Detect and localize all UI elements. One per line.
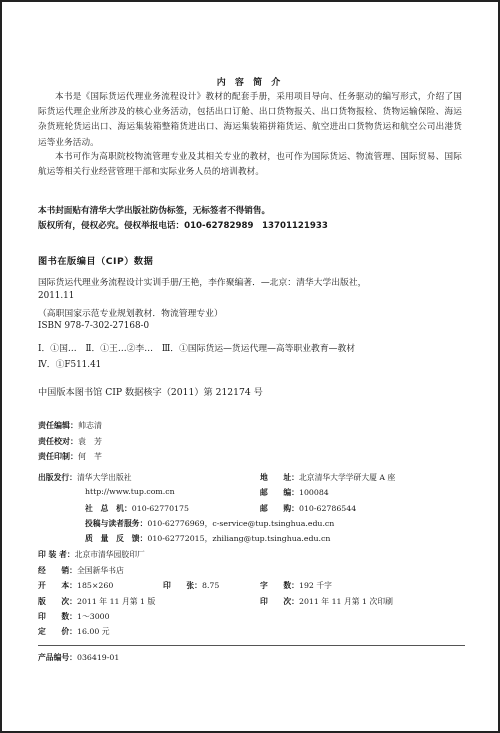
cip-line-classification: Ⅰ．①国… Ⅱ．①王…②李… Ⅲ．①国际货运—货运代理—高等职业教育—教材 <box>38 341 355 354</box>
printer-row: 印 装 者：北京市清华园胶印厂 <box>38 549 145 560</box>
postcode-label: 邮 编： <box>260 487 299 498</box>
address-label: 地 址： <box>260 472 299 483</box>
word-count-row: 字 数：192 千字 <box>260 580 332 591</box>
staff-proofreader-label: 责任校对： <box>38 437 78 446</box>
printer-value: 北京市清华园胶印厂 <box>75 550 145 559</box>
quality-feedback-value: 010-62772015，zhiliang@tup.tsinghua.edu.c… <box>147 534 330 543</box>
publisher-value: 清华大学出版社 <box>77 473 132 482</box>
format-row: 开 本：185×260 <box>38 580 113 591</box>
anti-counterfeit-notice: 本书封面贴有清华大学出版社防伪标签，无标签者不得销售。 <box>38 204 270 216</box>
mail-order-row: 邮 购：010-62786544 <box>260 503 356 514</box>
switchboard-label: 社 总 机： <box>85 503 132 514</box>
summary-paragraph-1: 本书是《国际货运代理业务流程设计》教材的配套手册，采用项目导向、任务驱动的编写形… <box>38 90 462 151</box>
printing-label: 印 次： <box>260 596 299 607</box>
print-run-row: 印 数：1～3000 <box>38 611 110 622</box>
address-row: 地 址：北京清华大学学研大厦 A 座 <box>260 472 395 483</box>
sheets-value: 8.75 <box>202 581 219 590</box>
staff-editor: 责任编辑：帅志清 <box>38 420 102 431</box>
cip-line-series: （高职国家示范专业规划教材．物流管理专业） <box>38 306 223 319</box>
format-label: 开 本： <box>38 580 77 591</box>
switchboard-row: 社 总 机：010-62770175 <box>85 503 189 514</box>
mail-order-label: 邮 购： <box>260 503 299 514</box>
edition-row: 版 次：2011 年 11 月第 1 版 <box>38 596 155 607</box>
publisher-row: 出版发行：清华大学出版社 <box>38 472 132 483</box>
staff-editor-value: 帅志清 <box>78 421 102 430</box>
publisher-label: 出版发行： <box>38 472 77 483</box>
printing-value: 2011 年 11 月第 1 次印刷 <box>299 597 393 606</box>
summary-paragraph-2: 本书可作为高职院校物流管理专业及其相关专业的教材，也可作为国际货运、物流管理、国… <box>38 150 462 180</box>
edition-label: 版 次： <box>38 596 77 607</box>
cip-number: 中国版本图书馆 CIP 数据核字（2011）第 212174 号 <box>38 384 263 398</box>
website-link[interactable]: http://www.tup.com.cn <box>85 487 175 496</box>
product-code-label: 产品编号： <box>38 652 77 663</box>
price-value: 16.00 元 <box>77 627 110 636</box>
staff-printing: 责任印制：何 芊 <box>38 451 102 462</box>
edition-value: 2011 年 11 月第 1 版 <box>77 597 155 606</box>
cip-line-code: Ⅳ．①F511.41 <box>38 357 101 370</box>
print-run-value: 1～3000 <box>77 612 110 621</box>
cip-line-title: 国际货运代理业务流程设计实训手册/王艳，李作聚编著．—北京：清华大学出版社， <box>38 275 366 288</box>
postcode-row: 邮 编：100084 <box>260 487 329 498</box>
copyright-notice: 版权所有，侵权必究。侵权举报电话：010-62782989 1370112193… <box>38 219 328 231</box>
distributor-value: 全国新华书店 <box>77 566 124 575</box>
printer-label: 印 装 者： <box>38 549 75 560</box>
price-row: 定 价：16.00 元 <box>38 626 110 637</box>
distributor-row: 经 销：全国新华书店 <box>38 565 124 576</box>
mail-order-value: 010-62786544 <box>299 504 356 513</box>
cip-line-isbn: ISBN 978-7-302-27168-0 <box>38 321 149 331</box>
staff-printing-value: 何 芊 <box>78 452 102 461</box>
sheets-row: 印 张：8.75 <box>163 580 219 591</box>
quality-feedback-row: 质 量 反 馈：010-62772015，zhiliang@tup.tsingh… <box>85 533 330 544</box>
reader-service-label: 投稿与读者服务： <box>85 518 147 529</box>
word-count-label: 字 数： <box>260 580 299 591</box>
printing-row: 印 次：2011 年 11 月第 1 次印刷 <box>260 596 393 607</box>
switchboard-value: 010-62770175 <box>132 504 189 513</box>
postcode-value: 100084 <box>299 488 329 497</box>
staff-printing-label: 责任印制： <box>38 452 78 461</box>
divider <box>38 645 465 646</box>
reader-service-value: 010-62776969，c-service@tup.tsinghua.edu.… <box>147 519 334 528</box>
print-run-label: 印 数： <box>38 611 77 622</box>
sheets-label: 印 张： <box>163 580 202 591</box>
reader-service-row: 投稿与读者服务：010-62776969，c-service@tup.tsing… <box>85 518 334 529</box>
distributor-label: 经 销： <box>38 565 77 576</box>
staff-proofreader: 责任校对：袁 芳 <box>38 436 102 447</box>
word-count-value: 192 千字 <box>299 581 332 590</box>
staff-proofreader-value: 袁 芳 <box>78 437 102 446</box>
format-value: 185×260 <box>77 581 113 590</box>
price-label: 定 价： <box>38 626 77 637</box>
cip-heading: 图书在版编目（CIP）数据 <box>38 253 153 267</box>
summary-title: 内 容 简 介 <box>0 75 500 88</box>
product-code-value: 036419-01 <box>77 653 119 662</box>
product-code-row: 产品编号：036419-01 <box>38 652 119 663</box>
address-value: 北京清华大学学研大厦 A 座 <box>299 473 395 482</box>
staff-editor-label: 责任编辑： <box>38 421 78 430</box>
quality-feedback-label: 质 量 反 馈： <box>85 533 147 544</box>
cip-line-date: 2011.11 <box>38 291 74 301</box>
